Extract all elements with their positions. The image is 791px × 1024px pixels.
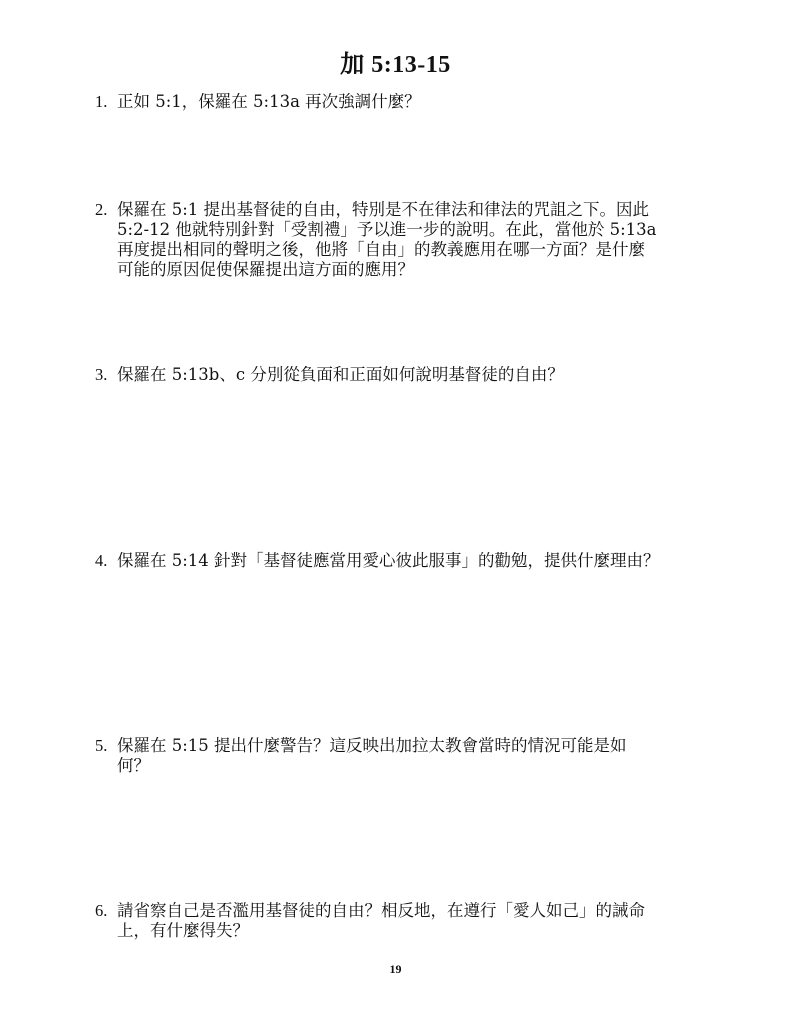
question-line: 請省察自己是否濫用基督徒的自由？相反地，在遵行「愛人如己」的誡命 [117, 901, 715, 921]
question-line: 保羅在 5:13b、c 分別從負面和正面如何說明基督徒的自由？ [117, 365, 715, 385]
question-line: 上，有什麼得失？ [117, 921, 715, 941]
question-5: 5. 保羅在 5:15 提出什麼警告？這反映出加拉太教會當時的情況可能是如 何？ [95, 736, 715, 776]
question-1: 1. 正如 5:1，保羅在 5:13a 再次強調什麼？ [95, 92, 715, 112]
question-line: 正如 5:1，保羅在 5:13a 再次強調什麼？ [117, 92, 715, 112]
question-text: 正如 5:1，保羅在 5:13a 再次強調什麼？ [117, 92, 715, 112]
question-number: 1. [95, 92, 117, 112]
question-6: 6. 請省察自己是否濫用基督徒的自由？相反地，在遵行「愛人如己」的誡命 上，有什… [95, 901, 715, 941]
page-number: 19 [0, 962, 791, 977]
page-title: 加 5:13-15 [0, 44, 791, 79]
question-text: 保羅在 5:14 針對「基督徒應當用愛心彼此服事」的勸勉，提供什麼理由？ [117, 551, 715, 571]
question-number: 6. [95, 901, 117, 921]
question-2: 2. 保羅在 5:1 提出基督徒的自由，特別是不在律法和律法的咒詛之下。因此 5… [95, 200, 715, 280]
question-text: 保羅在 5:1 提出基督徒的自由，特別是不在律法和律法的咒詛之下。因此 5:2-… [117, 200, 715, 280]
question-line: 再度提出相同的聲明之後，他將「自由」的教義應用在哪一方面？是什麼 [117, 240, 715, 260]
question-text: 保羅在 5:15 提出什麼警告？這反映出加拉太教會當時的情況可能是如 何？ [117, 736, 715, 776]
question-line: 保羅在 5:14 針對「基督徒應當用愛心彼此服事」的勸勉，提供什麼理由？ [117, 551, 715, 571]
question-line: 保羅在 5:1 提出基督徒的自由，特別是不在律法和律法的咒詛之下。因此 [117, 200, 715, 220]
question-number: 2. [95, 200, 117, 220]
question-text: 保羅在 5:13b、c 分別從負面和正面如何說明基督徒的自由？ [117, 365, 715, 385]
question-line: 何？ [117, 756, 715, 776]
question-number: 4. [95, 551, 117, 571]
question-3: 3. 保羅在 5:13b、c 分別從負面和正面如何說明基督徒的自由？ [95, 365, 715, 385]
question-line: 5:2-12 他就特別針對「受割禮」予以進一步的說明。在此，當他於 5:13a [117, 220, 715, 240]
question-line: 保羅在 5:15 提出什麼警告？這反映出加拉太教會當時的情況可能是如 [117, 736, 715, 756]
question-number: 5. [95, 736, 117, 756]
question-line: 可能的原因促使保羅提出這方面的應用？ [117, 260, 715, 280]
question-4: 4. 保羅在 5:14 針對「基督徒應當用愛心彼此服事」的勸勉，提供什麼理由？ [95, 551, 715, 571]
question-text: 請省察自己是否濫用基督徒的自由？相反地，在遵行「愛人如己」的誡命 上，有什麼得失… [117, 901, 715, 941]
question-number: 3. [95, 365, 117, 385]
